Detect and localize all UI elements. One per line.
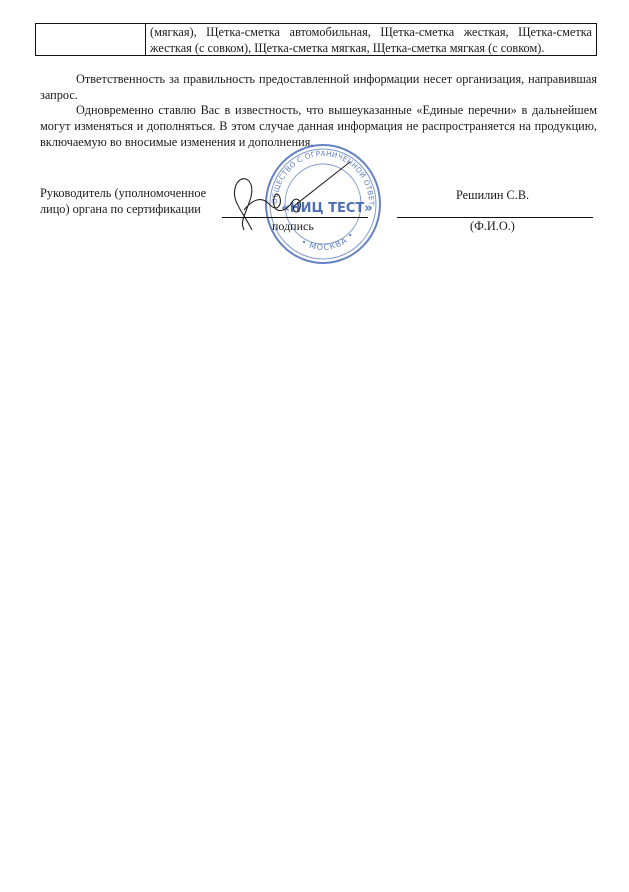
signer-name: Решилин С.В. bbox=[456, 188, 529, 203]
name-label: (Ф.И.О.) bbox=[470, 219, 515, 234]
signature-line bbox=[222, 217, 368, 218]
table-cell-left bbox=[36, 24, 146, 55]
responsibility-paragraph: Ответственность за правильность предоста… bbox=[40, 72, 597, 104]
product-table-fragment: (мягкая), Щетка-сметка автомобильная, Ще… bbox=[35, 23, 597, 56]
document-page: (мягкая), Щетка-сметка автомобильная, Ще… bbox=[0, 0, 629, 892]
table-cell-products: (мягкая), Щетка-сметка автомобильная, Ще… bbox=[146, 24, 596, 55]
name-line bbox=[397, 217, 593, 218]
signer-position-title: Руководитель (уполномоченное лицо) орган… bbox=[40, 186, 220, 217]
signature-label: подпись bbox=[272, 219, 314, 234]
